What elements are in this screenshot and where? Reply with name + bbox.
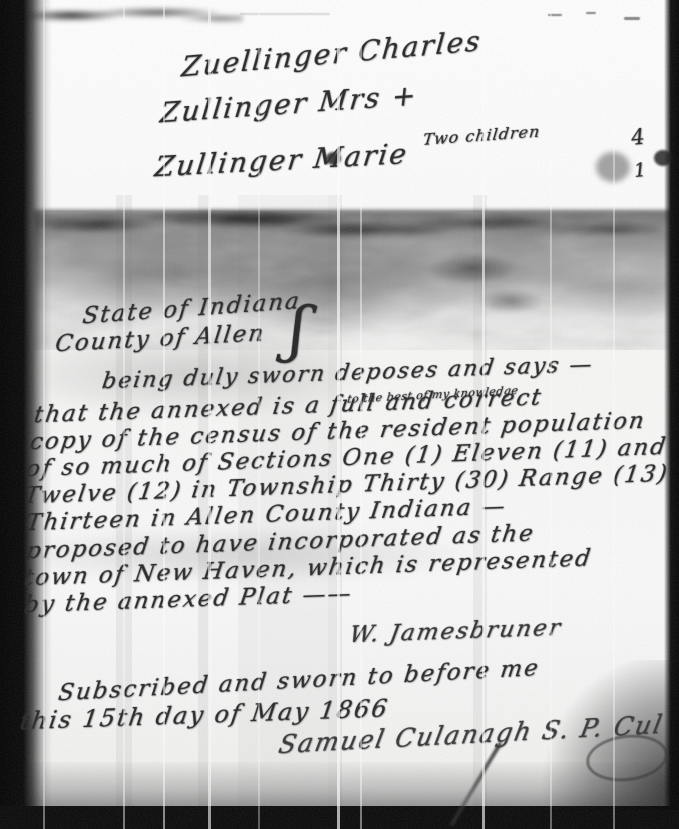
top-dash-mark bbox=[624, 17, 640, 20]
bottom-grain-band bbox=[0, 762, 679, 812]
top-dash-mark bbox=[548, 14, 562, 16]
roster-name-line: Zuellinger Charles bbox=[180, 24, 483, 84]
deponent-signature: W. Jamesbruner bbox=[347, 615, 564, 649]
smudge-blot bbox=[596, 152, 630, 182]
roster-note-two-children: Two children bbox=[422, 122, 541, 149]
bottom-black-band bbox=[0, 806, 679, 829]
top-edge-smudge bbox=[28, 2, 243, 32]
scanned-document-page: Zuellinger Charles Zullinger Mrs + Two c… bbox=[0, 0, 679, 829]
diagonal-crease bbox=[450, 742, 503, 826]
jurat-brace: ʃ bbox=[287, 292, 309, 366]
roster-name-line: Zullinger Mrs + bbox=[158, 78, 419, 129]
roster-name-line: Zullinger Marie bbox=[153, 137, 410, 184]
top-dash-mark bbox=[240, 13, 330, 15]
roster-count: 4 bbox=[630, 124, 648, 149]
top-dash-mark bbox=[586, 12, 596, 14]
right-edge-black-border bbox=[664, 0, 679, 829]
roster-count: 1 bbox=[633, 159, 649, 182]
ink-blot bbox=[654, 150, 672, 166]
